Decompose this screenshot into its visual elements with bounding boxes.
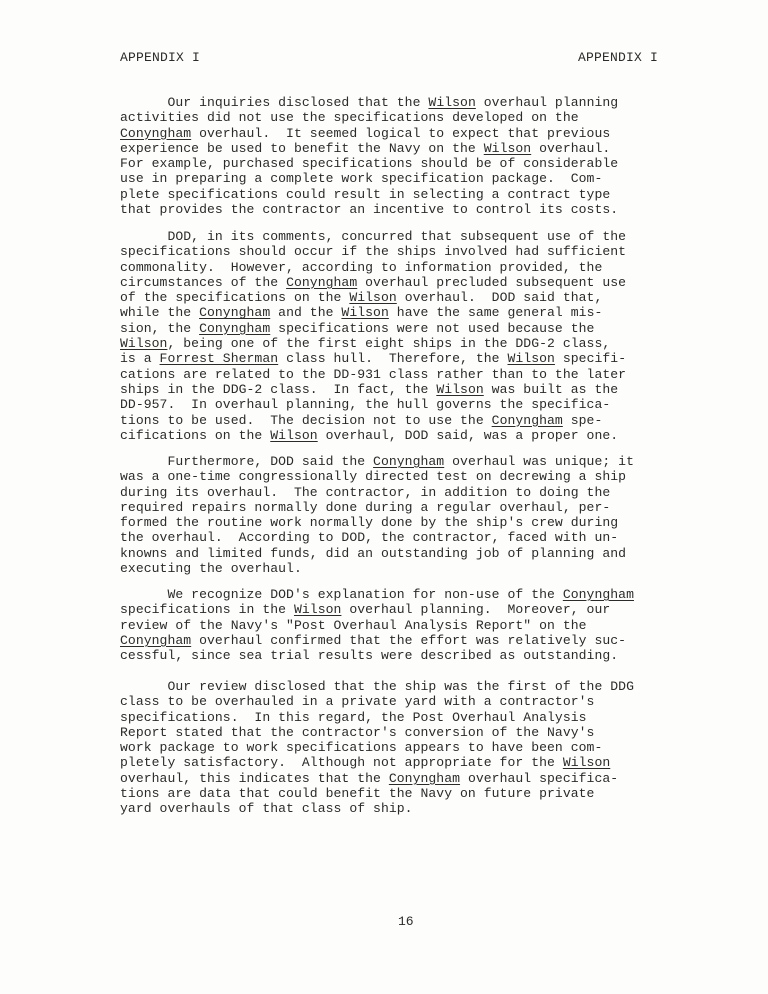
text-segment: tions are data that could benefit the Na…: [120, 786, 594, 801]
text-segment: experience be used to benefit the Navy o…: [120, 141, 484, 156]
underlined-name: Wilson: [341, 305, 388, 320]
text-line: Our inquiries disclosed that the Wilson …: [120, 95, 680, 110]
text-line: knowns and limited funds, did an outstan…: [120, 546, 680, 561]
text-segment: is a: [120, 351, 160, 366]
text-line: pletely satisfactory. Although not appro…: [120, 755, 680, 770]
text-segment: overhaul planning: [476, 95, 618, 110]
text-segment: during its overhaul. The contractor, in …: [120, 485, 610, 500]
text-segment: DOD, in its comments, concurred that sub…: [120, 229, 626, 244]
text-line: specifications should occur if the ships…: [120, 244, 680, 259]
text-segment: DD-957. In overhaul planning, the hull g…: [120, 397, 610, 412]
underlined-name: Conyngham: [120, 633, 191, 648]
paragraph-4: We recognize DOD's explanation for non-u…: [120, 587, 680, 663]
text-line: overhaul, this indicates that the Conyng…: [120, 771, 680, 786]
text-segment: work package to work specifications appe…: [120, 740, 602, 755]
text-segment: spe-: [563, 413, 603, 428]
text-line: sion, the Conyngham specifications were …: [120, 321, 680, 336]
underlined-name: Conyngham: [373, 454, 444, 469]
text-line: Report stated that the contractor's conv…: [120, 725, 680, 740]
paragraph-2: DOD, in its comments, concurred that sub…: [120, 229, 680, 443]
underlined-name: Wilson: [428, 95, 475, 110]
underlined-name: Wilson: [563, 755, 610, 770]
text-segment: of the specifications on the: [120, 290, 349, 305]
text-segment: overhaul confirmed that the effort was r…: [191, 633, 626, 648]
text-segment: specifications were not used because the: [270, 321, 594, 336]
text-segment: For example, purchased specifications sh…: [120, 156, 618, 171]
text-segment: use in preparing a complete work specifi…: [120, 171, 602, 186]
underlined-name: Conyngham: [492, 413, 563, 428]
text-segment: review of the Navy's "Post Overhaul Anal…: [120, 618, 587, 633]
text-line: was a one-time congressionally directed …: [120, 469, 680, 484]
text-segment: the overhaul. According to DOD, the cont…: [120, 530, 618, 545]
text-segment: have the same general mis-: [389, 305, 603, 320]
text-segment: Report stated that the contractor's conv…: [120, 725, 594, 740]
text-line: DOD, in its comments, concurred that sub…: [120, 229, 680, 244]
text-line: of the specifications on the Wilson over…: [120, 290, 680, 305]
text-segment: while the: [120, 305, 199, 320]
text-line: activities did not use the specification…: [120, 110, 680, 125]
text-segment: class hull. Therefore, the: [278, 351, 507, 366]
text-segment: activities did not use the specification…: [120, 110, 579, 125]
underlined-name: Conyngham: [563, 587, 634, 602]
text-segment: overhaul. It seemed logical to expect th…: [191, 126, 610, 141]
text-line: For example, purchased specifications sh…: [120, 156, 680, 171]
text-line: cations are related to the DD-931 class …: [120, 367, 680, 382]
text-line: cessful, since sea trial results were de…: [120, 648, 680, 663]
text-segment: overhaul. DOD said that,: [397, 290, 603, 305]
underlined-name: Conyngham: [199, 321, 270, 336]
text-segment: sion, the: [120, 321, 199, 336]
text-line: review of the Navy's "Post Overhaul Anal…: [120, 618, 680, 633]
text-line: plete specifications could result in sel…: [120, 187, 680, 202]
underlined-name: Wilson: [508, 351, 555, 366]
text-segment: formed the routine work normally done by…: [120, 515, 618, 530]
text-segment: specifications in the: [120, 602, 294, 617]
text-segment: specifi-: [555, 351, 626, 366]
page-number: 16: [398, 914, 414, 929]
text-segment: plete specifications could result in sel…: [120, 187, 610, 202]
text-segment: pletely satisfactory. Although not appro…: [120, 755, 563, 770]
text-segment: cations are related to the DD-931 class …: [120, 367, 626, 382]
text-segment: executing the overhaul.: [120, 561, 302, 576]
text-line: work package to work specifications appe…: [120, 740, 680, 755]
text-segment: overhaul planning. Moreover, our: [341, 602, 610, 617]
text-segment: overhaul.: [531, 141, 610, 156]
header-left: APPENDIX I: [120, 50, 200, 65]
text-line: formed the routine work normally done by…: [120, 515, 680, 530]
text-line: cifications on the Wilson overhaul, DOD …: [120, 428, 680, 443]
header-right: APPENDIX I: [578, 50, 658, 65]
text-segment: cessful, since sea trial results were de…: [120, 648, 618, 663]
text-segment: ships in the DDG-2 class. In fact, the: [120, 382, 436, 397]
text-segment: was a one-time congressionally directed …: [120, 469, 626, 484]
text-line: circumstances of the Conyngham overhaul …: [120, 275, 680, 290]
underlined-name: Wilson: [349, 290, 396, 305]
text-segment: Our inquiries disclosed that the: [120, 95, 428, 110]
text-segment: tions to be used. The decision not to us…: [120, 413, 492, 428]
text-line: Our review disclosed that the ship was t…: [120, 679, 680, 694]
text-line: Conyngham overhaul. It seemed logical to…: [120, 126, 680, 141]
underlined-name: Wilson: [120, 336, 167, 351]
text-line: class to be overhauled in a private yard…: [120, 694, 680, 709]
text-segment: specifications should occur if the ships…: [120, 244, 626, 259]
text-line: Wilson, being one of the first eight shi…: [120, 336, 680, 351]
text-line: tions are data that could benefit the Na…: [120, 786, 680, 801]
underlined-name: Wilson: [436, 382, 483, 397]
text-line: commonality. However, according to infor…: [120, 260, 680, 275]
paragraph-1: Our inquiries disclosed that the Wilson …: [120, 95, 680, 217]
text-segment: and the: [270, 305, 341, 320]
text-line: specifications in the Wilson overhaul pl…: [120, 602, 680, 617]
text-line: while the Conyngham and the Wilson have …: [120, 305, 680, 320]
text-segment: commonality. However, according to infor…: [120, 260, 602, 275]
text-line: Furthermore, DOD said the Conyngham over…: [120, 454, 680, 469]
text-segment: overhaul specifica-: [460, 771, 618, 786]
text-line: DD-957. In overhaul planning, the hull g…: [120, 397, 680, 412]
text-line: during its overhaul. The contractor, in …: [120, 485, 680, 500]
text-line: yard overhauls of that class of ship.: [120, 801, 680, 816]
text-segment: overhaul was unique; it: [444, 454, 634, 469]
text-line: We recognize DOD's explanation for non-u…: [120, 587, 680, 602]
text-line: ships in the DDG-2 class. In fact, the W…: [120, 382, 680, 397]
underlined-name: Conyngham: [286, 275, 357, 290]
underlined-name: Conyngham: [199, 305, 270, 320]
text-segment: yard overhauls of that class of ship.: [120, 801, 413, 816]
text-line: specifications. In this regard, the Post…: [120, 710, 680, 725]
text-line: required repairs normally done during a …: [120, 500, 680, 515]
text-segment: overhaul, this indicates that the: [120, 771, 389, 786]
underlined-name: Wilson: [484, 141, 531, 156]
text-line: that provides the contractor an incentiv…: [120, 202, 680, 217]
text-segment: Furthermore, DOD said the: [120, 454, 373, 469]
text-segment: overhaul precluded subsequent use: [357, 275, 626, 290]
text-segment: that provides the contractor an incentiv…: [120, 202, 618, 217]
text-segment: overhaul, DOD said, was a proper one.: [318, 428, 619, 443]
text-segment: Our review disclosed that the ship was t…: [120, 679, 634, 694]
text-line: executing the overhaul.: [120, 561, 680, 576]
underlined-name: Conyngham: [120, 126, 191, 141]
text-line: tions to be used. The decision not to us…: [120, 413, 680, 428]
text-segment: was built as the: [484, 382, 618, 397]
underlined-name: Wilson: [270, 428, 317, 443]
text-segment: We recognize DOD's explanation for non-u…: [120, 587, 563, 602]
underlined-name: Wilson: [294, 602, 341, 617]
text-line: use in preparing a complete work specifi…: [120, 171, 680, 186]
text-line: is a Forrest Sherman class hull. Therefo…: [120, 351, 680, 366]
text-segment: cifications on the: [120, 428, 270, 443]
text-segment: , being one of the first eight ships in …: [167, 336, 610, 351]
text-line: the overhaul. According to DOD, the cont…: [120, 530, 680, 545]
text-segment: class to be overhauled in a private yard…: [120, 694, 594, 709]
text-segment: circumstances of the: [120, 275, 286, 290]
underlined-name: Forrest Sherman: [160, 351, 279, 366]
text-line: Conyngham overhaul confirmed that the ef…: [120, 633, 680, 648]
text-segment: required repairs normally done during a …: [120, 500, 610, 515]
underlined-name: Conyngham: [389, 771, 460, 786]
paragraph-3: Furthermore, DOD said the Conyngham over…: [120, 454, 680, 576]
text-segment: specifications. In this regard, the Post…: [120, 710, 587, 725]
text-line: experience be used to benefit the Navy o…: [120, 141, 680, 156]
paragraph-5: Our review disclosed that the ship was t…: [120, 679, 680, 817]
text-segment: knowns and limited funds, did an outstan…: [120, 546, 626, 561]
